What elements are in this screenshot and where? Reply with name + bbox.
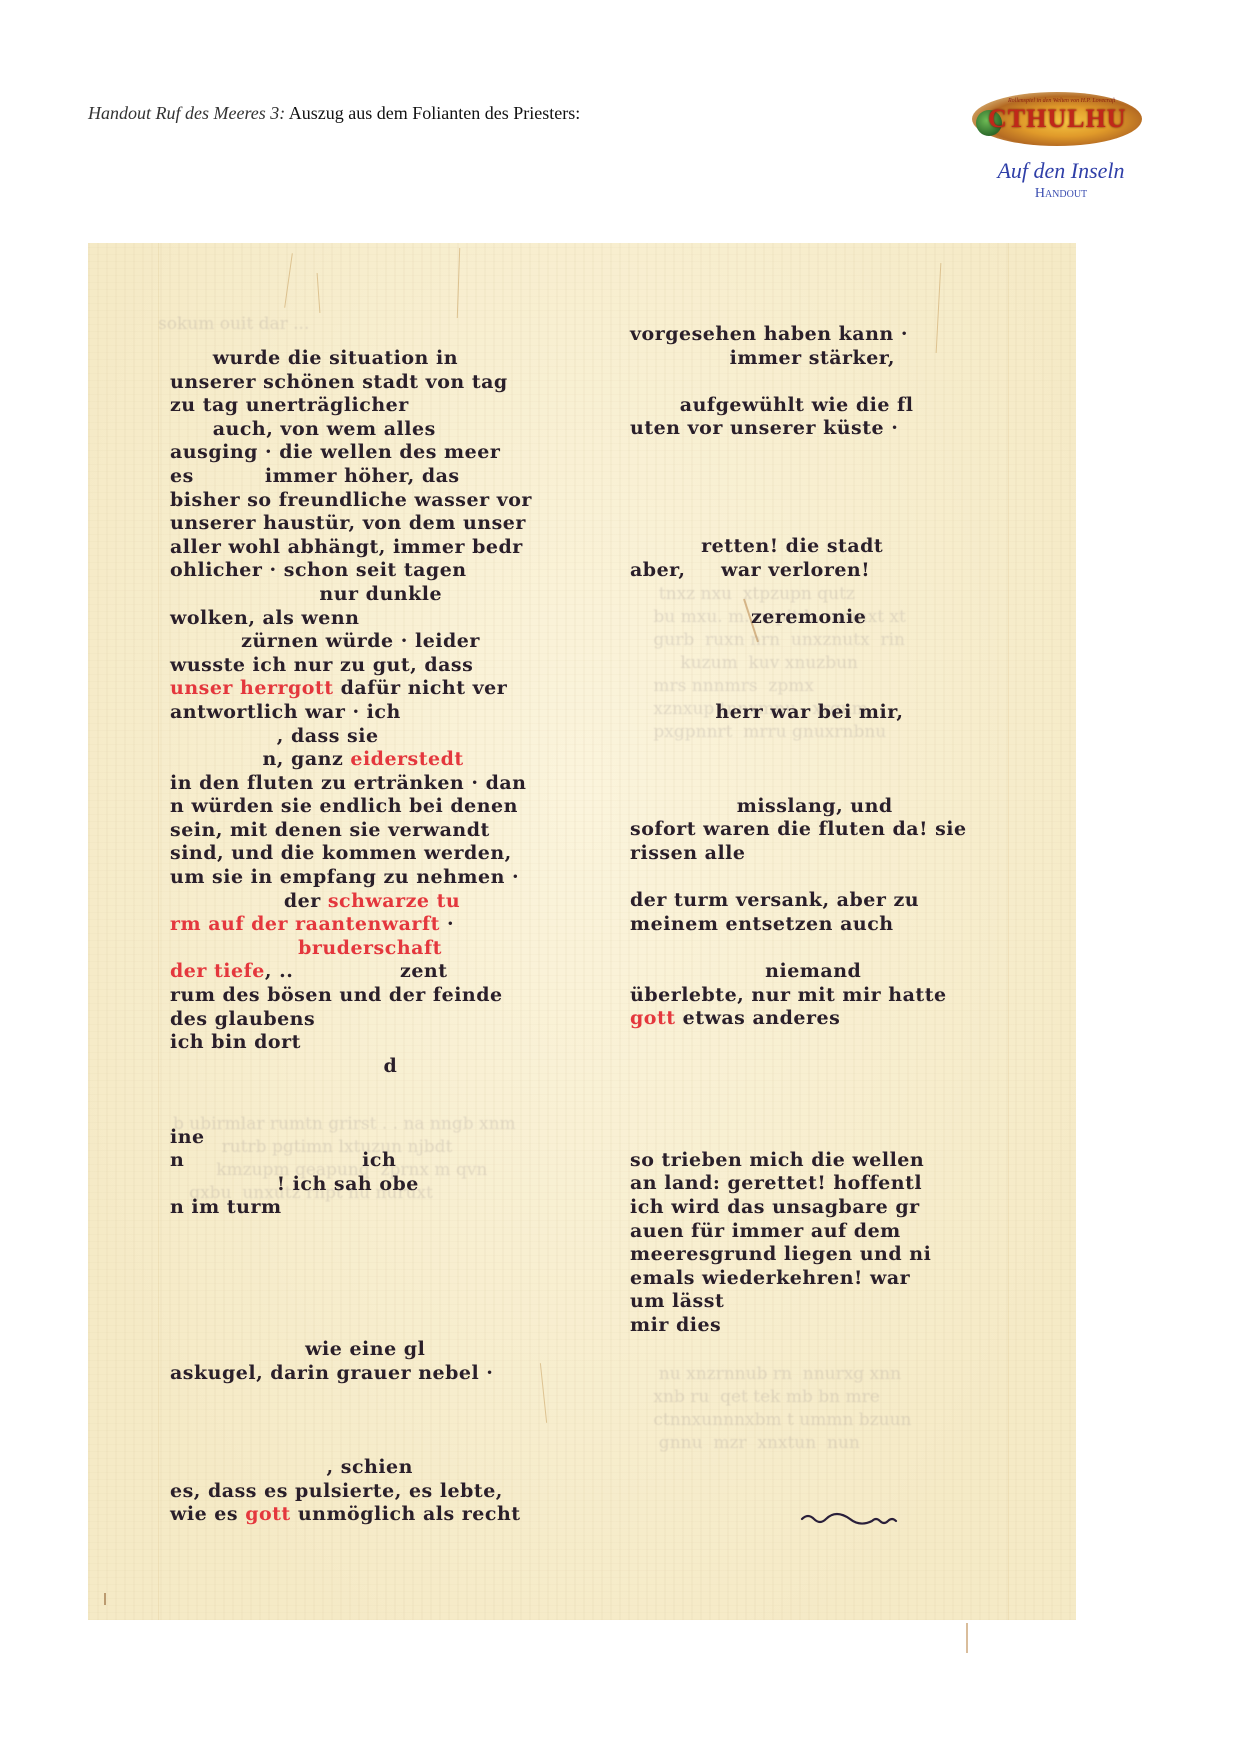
paper-fiber (457, 248, 460, 318)
rubric-text: bruderschaft (170, 937, 442, 959)
folio-line: aber, war verloren! (630, 559, 1050, 583)
handout-caption-prefix: Handout Ruf des Meeres 3: (88, 103, 285, 123)
folio-line: wolken, als wenn (170, 607, 590, 631)
folio-line: ! ich sah obe (170, 1173, 590, 1197)
ink-text: wie es (170, 1503, 245, 1525)
folio-line (630, 1125, 1050, 1149)
ink-text: , .. zent (265, 960, 448, 982)
folio-left-column: wurde die situation inunserer schönen st… (170, 347, 590, 1527)
folio-line (630, 512, 1050, 536)
folio-line: sind, und die kommen werden, (170, 842, 590, 866)
handout-caption-title: Auszug aus dem Folianten des Priesters: (285, 103, 580, 123)
folio-line (170, 1244, 590, 1268)
folio-line: wusste ich nur zu gut, dass (170, 654, 590, 678)
ruling-line (158, 243, 159, 1620)
folio-line: um sie in empfang zu nehmen · (170, 866, 590, 890)
folio-line (170, 1314, 590, 1338)
folio-line (170, 1102, 590, 1126)
ink-text: · (440, 913, 454, 935)
folio-line (630, 1102, 1050, 1126)
folio-line (170, 1432, 590, 1456)
folio-line: um lässt (630, 1290, 1050, 1314)
folio-line: so trieben mich die wellen (630, 1149, 1050, 1173)
folio-line (630, 630, 1050, 654)
folio-line (630, 465, 1050, 489)
folio-line: gott etwas anderes (630, 1007, 1050, 1031)
folio-line: unserer schönen stadt von tag (170, 371, 590, 395)
ink-text: n, ganz (170, 748, 350, 770)
folio-line (630, 488, 1050, 512)
folio-line (630, 441, 1050, 465)
folio-line: antwortlich war · ich (170, 701, 590, 725)
folio-line: rum des bösen und der feinde (170, 984, 590, 1008)
folio-line: auch, von wem alles (170, 418, 590, 442)
folio-right-column: vorgesehen haben kann · immer stärker, a… (630, 323, 1050, 1338)
folio-line: der schwarze tu (170, 890, 590, 914)
folio-line: wie es gott unmöglich als recht (170, 1503, 590, 1527)
rubric-text: gott (630, 1007, 676, 1029)
rubric-text: rm auf der raantenwarft (170, 913, 440, 935)
folio-line (630, 866, 1050, 890)
ink-text: etwas anderes (676, 1007, 841, 1029)
folio-line: aller wohl abhängt, immer bedr (170, 536, 590, 560)
folio-line: , dass sie (170, 725, 590, 749)
folio-line: ich wird das unsagbare gr (630, 1196, 1050, 1220)
folio-line: wie eine gl (170, 1338, 590, 1362)
closing-flourish-icon (800, 1505, 920, 1529)
folio-line: misslang, und (630, 795, 1050, 819)
folio-line: meeresgrund liegen und ni (630, 1243, 1050, 1267)
folio-line: n im turm (170, 1196, 590, 1220)
folio-line: ohlicher · schon seit tagen (170, 559, 590, 583)
folio-line (630, 771, 1050, 795)
bleed-through-text: nu xnzrnnub rn nnurxg xnn xnb ru qet tek… (648, 1363, 912, 1455)
folio-line: bisher so freundliche wasser vor (170, 489, 590, 513)
logo-handout-label: Handout (976, 186, 1146, 202)
folio-line (170, 1078, 590, 1102)
folio-line: zeremonie (630, 606, 1050, 630)
rubric-text: gott (245, 1503, 291, 1525)
folio-line: unser herrgott dafür nicht ver (170, 677, 590, 701)
folio-line: ich bin dort (170, 1031, 590, 1055)
folio-line: aufgewühlt wie die fl (630, 394, 1050, 418)
folio-line: niemand (630, 960, 1050, 984)
folio-line (630, 748, 1050, 772)
folio-line: emals wiederkehren! war (630, 1267, 1050, 1291)
folio-line: meinem entsetzen auch (630, 913, 1050, 937)
folio-line: askugel, darin grauer nebel · (170, 1362, 590, 1386)
folio-line: immer stärker, (630, 347, 1050, 371)
folio-line: sofort waren die fluten da! sie (630, 818, 1050, 842)
folio-line: auen für immer auf dem (630, 1220, 1050, 1244)
folio-line (170, 1220, 590, 1244)
rubric-text: der tiefe (170, 960, 265, 982)
folio-line: nur dunkle (170, 583, 590, 607)
folio-line (630, 1054, 1050, 1078)
folio-line: , schien (170, 1456, 590, 1480)
folio-line (170, 1385, 590, 1409)
paper-fiber (317, 273, 321, 313)
folio-line: ine (170, 1126, 590, 1150)
folio-page: sokum ouit dar ... b ubirmlar rumtn grir… (88, 243, 1076, 1620)
folio-line: n ich (170, 1149, 590, 1173)
ink-text: dafür nicht ver (333, 677, 507, 699)
folio-line: zu tag unerträglicher (170, 394, 590, 418)
folio-line (630, 653, 1050, 677)
folio-line: n würden sie endlich bei denen (170, 795, 590, 819)
folio-line: mir dies (630, 1314, 1050, 1338)
folio-line (170, 1291, 590, 1315)
folio-line (630, 677, 1050, 701)
folio-line (630, 1031, 1050, 1055)
folio-line: in den fluten zu ertränken · dan (170, 772, 590, 796)
cthulhu-logo: Rollenspiel in den Welten von H.P. Lovec… (968, 88, 1148, 206)
folio-line: uten vor unserer küste · (630, 417, 1050, 441)
rubric-text: eiderstedt (350, 748, 463, 770)
folio-line: wurde die situation in (170, 347, 590, 371)
folio-line (630, 936, 1050, 960)
folio-line: der tiefe, .. zent (170, 960, 590, 984)
folio-line (630, 724, 1050, 748)
folio-line: ausging · die wellen des meer (170, 441, 590, 465)
rubric-text: schwarze tu (328, 890, 460, 912)
folio-line (630, 583, 1050, 607)
paper-fiber (966, 1623, 968, 1653)
handout-caption: Handout Ruf des Meeres 3: Auszug aus dem… (88, 103, 580, 124)
folio-line: überlebte, nur mit mir hatte (630, 984, 1050, 1008)
folio-line: bruderschaft (170, 937, 590, 961)
paper-fiber (104, 1593, 106, 1605)
folio-line: d (170, 1055, 590, 1079)
folio-line (170, 1267, 590, 1291)
folio-line: des glaubens (170, 1008, 590, 1032)
folio-line (630, 1078, 1050, 1102)
logo-subtitle: Auf den Inseln (976, 158, 1146, 184)
paper-fiber (284, 253, 293, 308)
folio-line: es immer höher, das (170, 465, 590, 489)
folio-line: sein, mit denen sie verwandt (170, 819, 590, 843)
folio-line: rm auf der raantenwarft · (170, 913, 590, 937)
ink-text: unmöglich als recht (291, 1503, 521, 1525)
folio-line: es, dass es pulsierte, es lebte, (170, 1480, 590, 1504)
folio-line: rissen alle (630, 842, 1050, 866)
folio-line: retten! die stadt (630, 535, 1050, 559)
folio-line: der turm versank, aber zu (630, 889, 1050, 913)
rubric-text: unser herrgott (170, 677, 333, 699)
folio-line (630, 370, 1050, 394)
folio-line (170, 1409, 590, 1433)
logo-wordmark: CTHULHU (988, 104, 1126, 134)
folio-line: herr war bei mir, (630, 701, 1050, 725)
ink-text: der (170, 890, 328, 912)
bleed-through-text: sokum ouit dar ... (158, 313, 309, 336)
folio-line: n, ganz eiderstedt (170, 748, 590, 772)
folio-line: vorgesehen haben kann · (630, 323, 1050, 347)
folio-line: unserer haustür, von dem unser (170, 512, 590, 536)
folio-line: zürnen würde · leider (170, 630, 590, 654)
folio-line: an land: gerettet! hoffentl (630, 1172, 1050, 1196)
